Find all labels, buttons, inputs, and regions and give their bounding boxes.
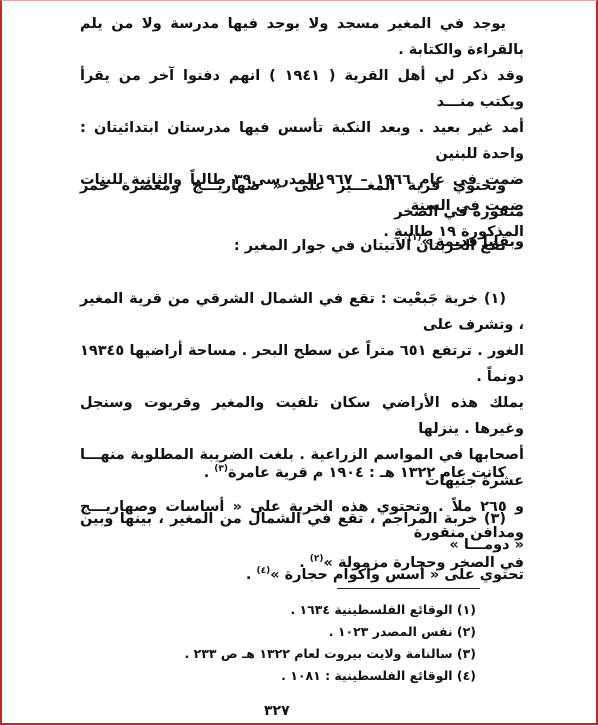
document-page: يوجد في المغير مسجد ولا يوجد فيها مدرسة … <box>0 0 598 725</box>
paragraph-intro-ruins: تقع الخربتان الآتيتان في جوار المغير : <box>80 233 524 259</box>
line: يوجد في المغير مسجد ولا يوجد فيها مدرسة … <box>80 11 524 63</box>
page-number: ٣٢٧ <box>264 703 290 719</box>
paragraph-1904: كانت عام ١٣٢٢ هـ : ١٩٠٤ م قرية عامرة(٣) … <box>80 456 524 486</box>
footnote: (١) الوقائع الفلسطينية ١٦٣٤ . <box>182 599 476 621</box>
line: أمد غير بعيد . وبعد النكبة تأسس فيها مدر… <box>80 115 524 167</box>
footnote: (٣) سالنامة ولايت بيروت لعام ١٣٢٢ هـ ص ٢… <box>182 643 476 665</box>
line: وقد ذكر لي أهل القرية ( ١٩٤١ ) انهم دفنو… <box>80 63 524 115</box>
line: تقع الخربتان الآتيتان في جوار المغير : <box>80 233 524 259</box>
line: (٣) خربة المراجم ، تقع في الشمال من المغ… <box>80 506 524 558</box>
line: (١) خربة جَبعْيت : تقع في الشمال الشرقي … <box>80 286 524 338</box>
line: الغور . ترتفع ٦٥١ متراً عن سطح البحر . م… <box>80 338 524 390</box>
line: تحتوي على « أسس وأكوام حجارة »(٤) . <box>80 558 524 588</box>
section-heading: (١) خربة جَبعْيت <box>392 291 506 307</box>
footnote: (٢) نفس المصدر ١٠٢٣ . <box>182 621 476 643</box>
line: وتحتوي قرية المغـــير على « صهاريـــج وم… <box>80 173 524 225</box>
paragraph-khirbet-marajim: (٣) خربة المراجم ، تقع في الشمال من المغ… <box>80 506 524 588</box>
footnote-ref: (٣) <box>214 464 228 474</box>
section-heading: (٣) خربة المراجم <box>382 511 506 527</box>
footnote-divider <box>337 588 480 589</box>
footnote: (٤) الوقائع الفلسطينية : ١٠٨١ . <box>182 665 476 687</box>
line: يملك هذه الأراضي سكان تلفيت والمغير وقري… <box>80 390 524 442</box>
footnote-ref: (٤) <box>256 566 270 576</box>
footnotes: (١) الوقائع الفلسطينية ١٦٣٤ . (٢) نفس ال… <box>182 599 476 687</box>
line: كانت عام ١٣٢٢ هـ : ١٩٠٤ م قرية عامرة(٣) … <box>80 456 524 486</box>
